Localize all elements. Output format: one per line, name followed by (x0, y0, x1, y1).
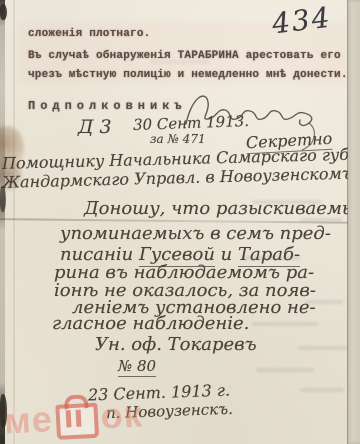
shopping-bag-icon (55, 403, 99, 440)
report-line-1: Доношу, что разыскиваемыхъ (84, 198, 360, 219)
typed-line-1: сложенія плотнаго. (28, 28, 150, 40)
report-line-2: упоминаемыхъ в семъ пред- (60, 223, 331, 244)
watermark-text-left: ме (3, 401, 53, 439)
watermark-text-right: ок (100, 396, 144, 434)
fold-crease-vertical (13, 0, 15, 444)
bleedthrough-mark (252, 322, 318, 326)
scan-edge-mark (0, 4, 7, 20)
incoming-number: за № 471 (150, 132, 206, 146)
rank-title: Подполковникъ (28, 99, 187, 113)
report-line-7: гласное наблюденіе. (52, 313, 249, 334)
scan-edge-mark (0, 186, 6, 212)
signer-name: Ун. оф. Токаревъ (95, 334, 257, 355)
typed-line-3: чрезъ мѣстную полицію и немедленно мнѣ д… (28, 69, 348, 81)
scan-edge-mark (0, 394, 7, 428)
bleedthrough-mark (298, 346, 348, 350)
registry-mark: Д 3 (78, 116, 112, 138)
scan-left-edge (0, 0, 5, 444)
outgoing-number: № 80 (118, 357, 156, 377)
typed-line-2: Въ случаѣ обнаруженія ТАРАБРИНА арестова… (28, 50, 341, 62)
paper-right-edge (347, 0, 360, 444)
document-scan: 434 сложенія плотнаго. Въ случаѣ обнаруж… (0, 0, 360, 444)
meshok-watermark: ме ок (3, 392, 144, 442)
bleedthrough-mark (256, 368, 314, 372)
bleedthrough-mark (300, 388, 344, 392)
